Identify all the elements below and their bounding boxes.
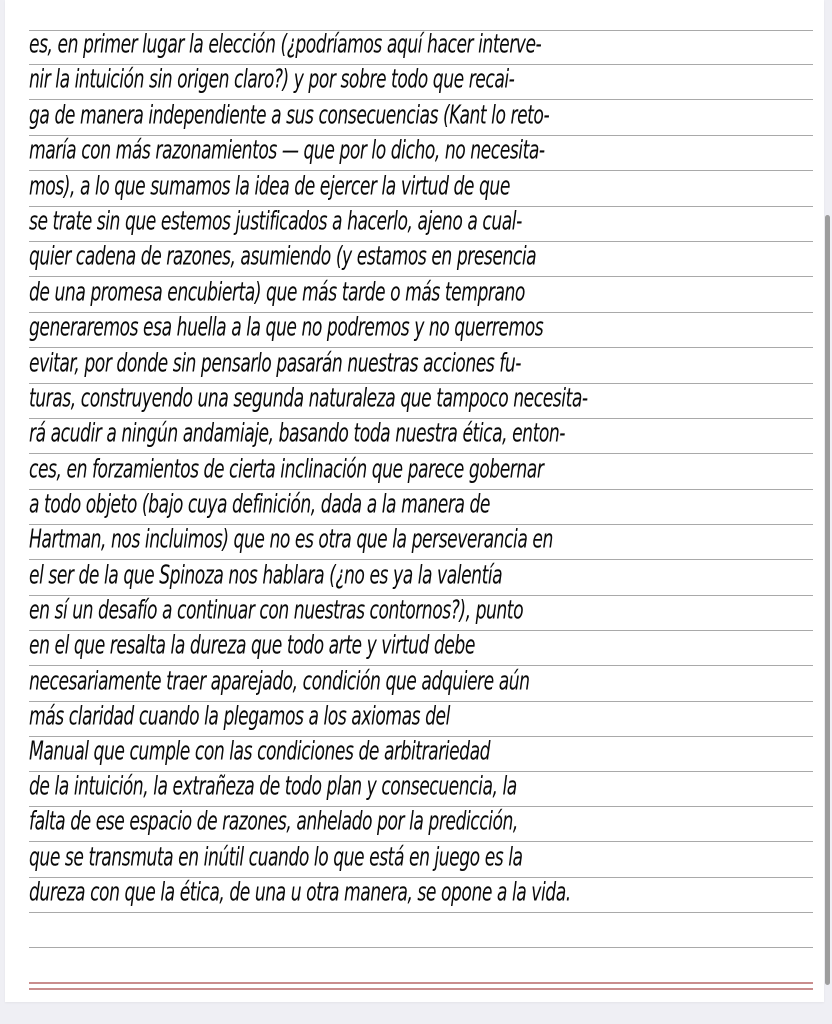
- handwritten-line: el ser de la que Spinoza nos hablara (¿n…: [29, 560, 645, 593]
- ruled-line: [29, 947, 813, 948]
- handwritten-line: más claridad cuando la plegamos a los ax…: [29, 701, 645, 734]
- handwritten-line: en sí un desafío a continuar con nuestra…: [29, 595, 645, 628]
- handwritten-line: Hartman, nos incluimos) que no es otra q…: [29, 524, 645, 557]
- handwritten-line: en el que resalta la dureza que todo art…: [29, 630, 645, 663]
- handwritten-line: quier cadena de razones, asumiendo (y es…: [29, 241, 645, 274]
- handwritten-line: dureza con que la ética, de una u otra m…: [29, 877, 645, 910]
- handwritten-line: generaremos esa huella a la que no podre…: [29, 312, 645, 345]
- handwritten-line: nir la intuición sin origen claro?) y po…: [29, 64, 645, 97]
- bottom-margin-rule: [29, 988, 813, 990]
- handwritten-line: de una promesa encubierta) que más tarde…: [29, 277, 645, 310]
- handwritten-line: turas, construyendo una segunda naturale…: [29, 383, 645, 416]
- handwritten-line: mos), a lo que sumamos la idea de ejerce…: [29, 171, 645, 204]
- handwritten-line: ga de manera independiente a sus consecu…: [29, 100, 645, 133]
- handwritten-line: necesariamente traer aparejado, condició…: [29, 666, 645, 699]
- ruled-line: [29, 912, 813, 913]
- bottom-margin-rule: [29, 982, 813, 984]
- handwritten-line: rá acudir a ningún andamiaje, basando to…: [29, 418, 645, 451]
- handwritten-line: maría con más razonamientos — que por lo…: [29, 135, 645, 168]
- handwritten-line: de la intuición, la extrañeza de todo pl…: [29, 771, 645, 804]
- handwritten-line: falta de ese espacio de razones, anhelad…: [29, 806, 645, 839]
- handwritten-line: es, en primer lugar la elección (¿podría…: [29, 29, 645, 62]
- handwritten-line: Manual que cumple con las condiciones de…: [29, 736, 645, 769]
- vertical-scrollbar[interactable]: [825, 215, 830, 985]
- notebook-page: es, en primer lugar la elección (¿podría…: [5, 0, 824, 1002]
- handwritten-line: que se transmuta en inútil cuando lo que…: [29, 842, 645, 875]
- handwritten-line: a todo objeto (bajo cuya definición, dad…: [29, 489, 645, 522]
- handwritten-line: se trate sin que estemos justificados a …: [29, 206, 645, 239]
- handwritten-line: evitar, por donde sin pensarlo pasarán n…: [29, 348, 645, 381]
- handwritten-line: ces, en forzamientos de cierta inclinaci…: [29, 454, 645, 487]
